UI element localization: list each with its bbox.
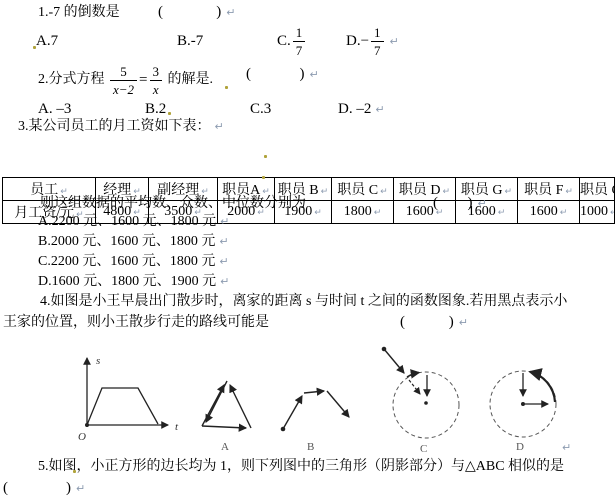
option-d-label: D — [516, 441, 524, 453]
header-cell: 职员 G↵ — [580, 178, 615, 201]
q2-option-b: B.2 — [145, 101, 166, 117]
origin-label: O — [78, 431, 86, 443]
q1-option-a: A.7 — [36, 33, 58, 49]
return-mark: ↵ — [220, 215, 229, 228]
route-option-c — [382, 347, 459, 438]
y-axis-label: s — [96, 355, 100, 367]
q1-option-c: C. 17 — [277, 22, 307, 60]
q2-option-c: C.3 — [250, 101, 271, 117]
origin-dot — [85, 423, 89, 427]
route-option-d — [490, 371, 556, 437]
proofing-mark — [262, 176, 265, 179]
document-page: 1.-7 的倒数是 ( )↵ A.7 B.-7 C. 17 D.− 17 ↵ 2… — [0, 0, 616, 499]
return-mark: ↵ — [76, 482, 86, 495]
return-mark: ↵ — [215, 120, 224, 133]
center-dot — [424, 401, 428, 405]
q1-option-d: D.− 17 ↵ — [346, 22, 399, 60]
option-c-label: C — [420, 443, 427, 455]
trapezoid-curve — [87, 388, 158, 425]
option-b-label: B — [307, 441, 314, 453]
option-a-label: A — [221, 441, 229, 453]
q4-line1: 4.如图是小王早晨出门散步时，离家的距离 s 与时间 t 之间的函数图象.若用黑… — [40, 294, 567, 310]
center-dot — [521, 402, 525, 406]
proofing-mark — [264, 155, 267, 158]
value-cell: 1000↵ — [580, 201, 615, 224]
distance-time-graph — [85, 358, 168, 427]
dashed-circle — [393, 372, 459, 438]
q2-stem: 2.分式方程 5x−2 = 3x 的解是. — [38, 60, 213, 100]
fraction: 17 — [371, 26, 384, 57]
q3-option-d: D.1600 元、1800 元、1900 元↵ — [38, 274, 229, 290]
return-mark: ↵ — [310, 68, 320, 81]
fraction: 3x — [150, 65, 163, 96]
return-mark: ↵ — [390, 35, 399, 48]
q2-option-d: D. –2↵ — [338, 101, 385, 118]
value-cell: 1600↵ — [518, 201, 580, 224]
route-option-a — [202, 381, 251, 428]
proofing-mark — [33, 46, 36, 49]
q1-answer-paren: ( )↵ — [158, 4, 236, 21]
return-mark: ↵ — [478, 197, 488, 210]
q3-question: 则这组数据的平均数、众数、中位数分别为 — [40, 196, 306, 212]
q4-answer-paren: ( )↵ — [400, 314, 469, 331]
return-mark: ↵ — [219, 255, 228, 268]
q4-figures: s t O A B C — [40, 338, 616, 456]
header-cell: 职员 F↵ — [518, 178, 580, 201]
fraction: 17 — [293, 26, 306, 57]
q1-option-b: B.-7 — [177, 33, 203, 49]
return-mark: ↵ — [219, 235, 228, 248]
q2-option-a: A. –3 — [38, 101, 71, 117]
return-mark: ↵ — [220, 275, 229, 288]
proofing-mark — [225, 86, 228, 89]
q3-option-b: B.2000 元、1600 元、1800 元↵ — [38, 234, 229, 250]
return-mark: ↵ — [459, 316, 469, 329]
return-mark: ↵ — [562, 441, 571, 454]
proofing-mark — [168, 112, 171, 115]
route-option-b — [281, 391, 349, 431]
return-mark: ↵ — [226, 6, 236, 19]
header-cell: 职员 C↵ — [332, 178, 394, 201]
q5-answer-paren: ( )↵ — [3, 480, 86, 497]
value-cell: 1800↵ — [332, 201, 394, 224]
return-mark: ↵ — [375, 103, 384, 116]
q3-option-c: C.2200 元、1600 元、1800 元↵ — [38, 254, 229, 270]
q1-stem: 1.-7 的倒数是 — [38, 5, 120, 21]
q2-answer-paren: ( )↵ — [246, 66, 320, 83]
q3-intro: 3.某公司员工的月工资如下表：↵ — [18, 119, 224, 135]
q4-line2: 王家的位置，则小王散步行走的路线可能是 — [3, 315, 269, 331]
q3-option-a: A.2200 元、1600 元、1800 元↵ — [38, 214, 229, 230]
x-axis-label: t — [175, 421, 179, 433]
q3-answer-paren: ( )↵ — [433, 195, 488, 212]
fraction: 5x−2 — [110, 65, 137, 96]
q5-line1: 5.如图，小正方形的边长均为 1，则下列图中的三角形（阴影部分）与△ABC 相似… — [38, 459, 564, 475]
proofing-mark — [73, 470, 76, 473]
